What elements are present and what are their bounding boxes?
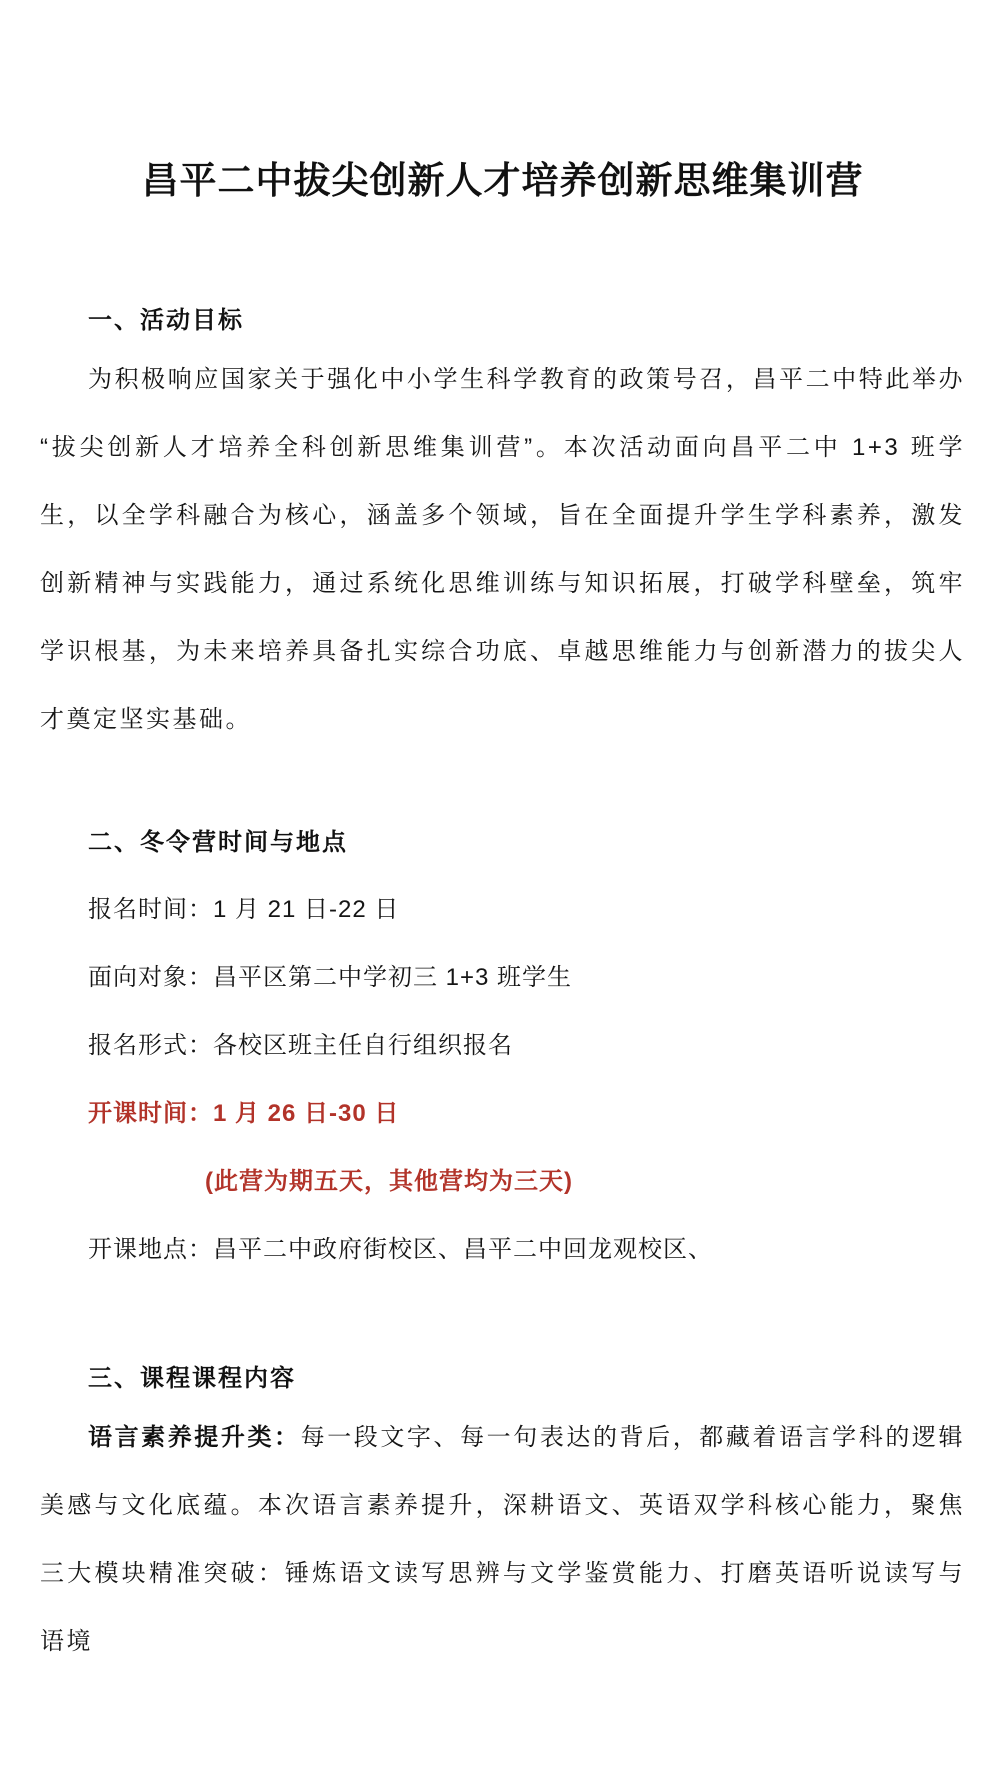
- section-2-heading: 二、冬令营时间与地点: [40, 830, 965, 856]
- document-page: 昌平二中拔尖创新人才培养创新思维集训营 一、活动目标 为积极响应国家关于强化中小…: [0, 0, 1007, 1676]
- section-camp-time-location: 二、冬令营时间与地点 报名时间：1 月 21 日-22 日 面向对象：昌平区第二…: [40, 830, 965, 1284]
- course-start-time-line: 开课时间：1 月 26 日-30 日: [40, 1080, 965, 1148]
- target-audience-line: 面向对象：昌平区第二中学初三 1+3 班学生: [40, 944, 965, 1012]
- section-1-paragraph: 为积极响应国家关于强化中小学生科学教育的政策号召，昌平二中特此举办“拔尖创新人才…: [40, 346, 965, 754]
- registration-method-line: 报名形式：各校区班主任自行组织报名: [40, 1012, 965, 1080]
- section-1-heading: 一、活动目标: [40, 308, 965, 334]
- registration-time-line: 报名时间：1 月 21 日-22 日: [40, 876, 965, 944]
- language-category-lead: 语言素养提升类：: [88, 1424, 301, 1451]
- course-location-line: 开课地点：昌平二中政府街校区、昌平二中回龙观校区、: [40, 1216, 965, 1284]
- document-title: 昌平二中拔尖创新人才培养创新思维集训营: [40, 0, 965, 202]
- section-3-heading: 三、课程课程内容: [40, 1366, 965, 1392]
- section-3-paragraph: 语言素养提升类：每一段文字、每一句表达的背后，都藏着语言学科的逻辑美感与文化底蕴…: [40, 1404, 965, 1676]
- section-course-content: 三、课程课程内容 语言素养提升类：每一段文字、每一句表达的背后，都藏着语言学科的…: [40, 1366, 965, 1676]
- section-activity-goals: 一、活动目标 为积极响应国家关于强化中小学生科学教育的政策号召，昌平二中特此举办…: [40, 308, 965, 754]
- language-category-description: 每一段文字、每一句表达的背后，都藏着语言学科的逻辑美感与文化底蕴。本次语言素养提…: [40, 1424, 965, 1655]
- camp-info-list: 报名时间：1 月 21 日-22 日 面向对象：昌平区第二中学初三 1+3 班学…: [40, 876, 965, 1284]
- course-duration-note-line: (此营为期五天，其他营均为三天): [40, 1148, 965, 1216]
